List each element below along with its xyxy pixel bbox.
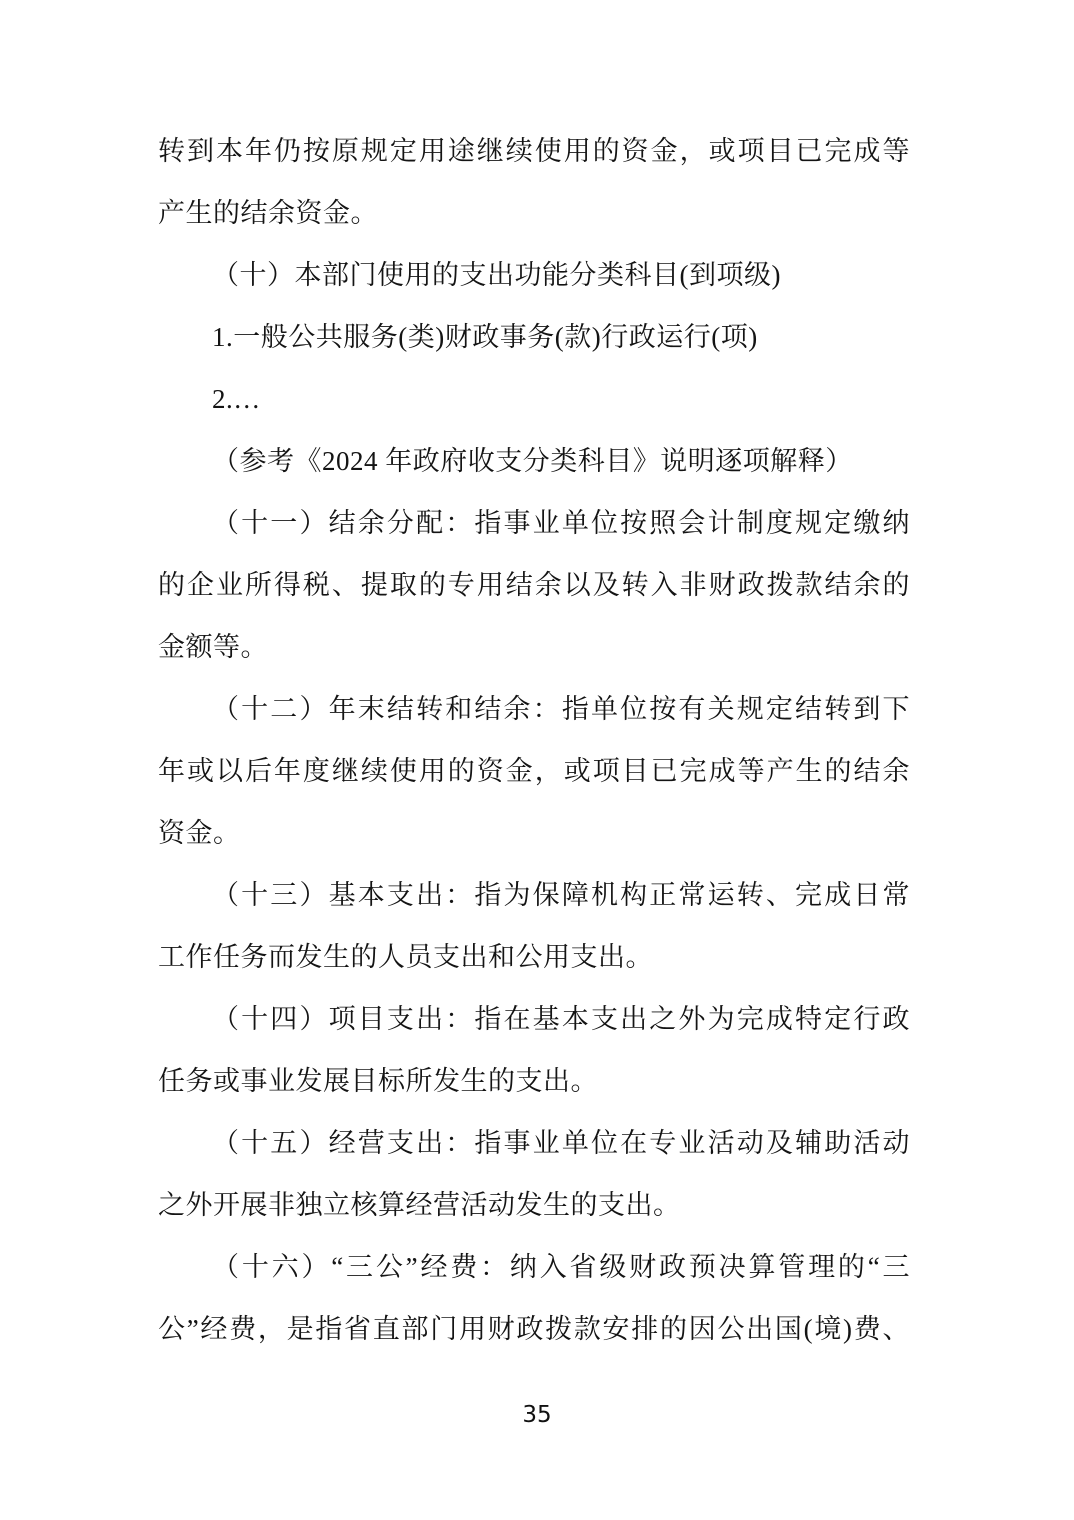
- document-line: （十四）项目支出：指在基本支出之外为完成特定行政: [158, 988, 910, 1050]
- document-line: （十一）结余分配：指事业单位按照会计制度规定缴纳: [158, 492, 910, 554]
- document-line: 公”经费，是指省直部门用财政拨款安排的因公出国(境)费、: [158, 1298, 910, 1360]
- document-line: 1.一般公共服务(类)财政事务(款)行政运行(项): [158, 306, 910, 368]
- document-line: 金额等。: [158, 616, 910, 678]
- document-body: 转到本年仍按原规定用途继续使用的资金，或项目已完成等产生的结余资金。（十）本部门…: [158, 120, 910, 1360]
- document-line: 任务或事业发展目标所发生的支出。: [158, 1050, 910, 1112]
- page-number: 35: [0, 1400, 1074, 1430]
- document-line: 之外开展非独立核算经营活动发生的支出。: [158, 1174, 910, 1236]
- document-line: （十三）基本支出：指为保障机构正常运转、完成日常: [158, 864, 910, 926]
- document-line: （十五）经营支出：指事业单位在专业活动及辅助活动: [158, 1112, 910, 1174]
- document-line: 的企业所得税、提取的专用结余以及转入非财政拨款结余的: [158, 554, 910, 616]
- document-line: 产生的结余资金。: [158, 182, 910, 244]
- document-line: 工作任务而发生的人员支出和公用支出。: [158, 926, 910, 988]
- document-line: 转到本年仍按原规定用途继续使用的资金，或项目已完成等: [158, 120, 910, 182]
- document-line: （十六）“三公”经费：纳入省级财政预决算管理的“三: [158, 1236, 910, 1298]
- document-line: （十）本部门使用的支出功能分类科目(到项级): [158, 244, 910, 306]
- document-line: 年或以后年度继续使用的资金，或项目已完成等产生的结余: [158, 740, 910, 802]
- document-line: （十二）年末结转和结余：指单位按有关规定结转到下: [158, 678, 910, 740]
- document-line: 2.…: [158, 368, 910, 430]
- document-line: 资金。: [158, 802, 910, 864]
- document-line: （参考《2024 年政府收支分类科目》说明逐项解释）: [158, 430, 910, 492]
- document-page: 转到本年仍按原规定用途继续使用的资金，或项目已完成等产生的结余资金。（十）本部门…: [0, 0, 1074, 1520]
